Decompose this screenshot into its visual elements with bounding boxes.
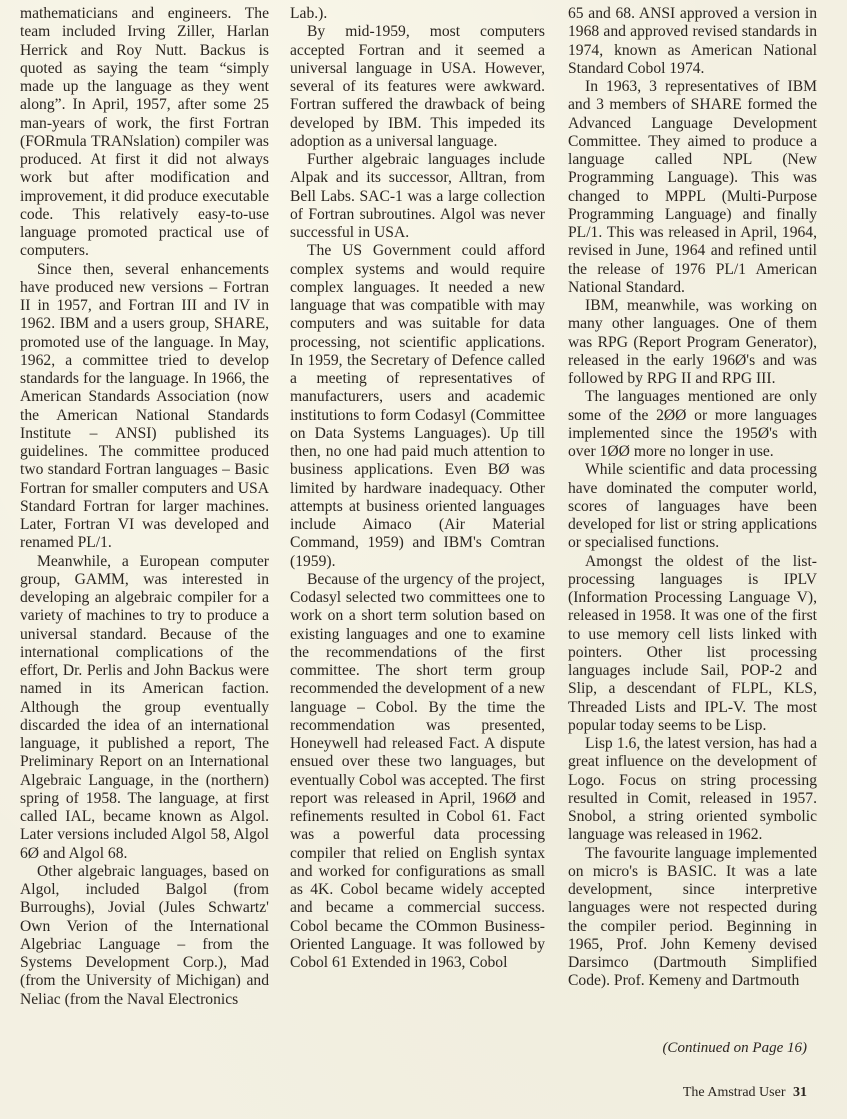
article-column-right: 65 and 68. ANSI approved a version in 19… [568, 5, 817, 991]
paragraph: Lisp 1.6, the latest version, has had a … [568, 735, 817, 845]
paragraph: The languages mentioned are only some of… [568, 388, 817, 461]
paragraph: Amongst the oldest of the list-processin… [568, 553, 817, 736]
paragraph: In 1963, 3 representatives of IBM and 3 … [568, 78, 817, 297]
continued-note: (Continued on Page 16) [662, 1040, 807, 1057]
paragraph: Further algebraic languages include Alpa… [290, 151, 545, 242]
paragraph: mathematicians and engineers. The team i… [20, 5, 269, 261]
paragraph: Lab.). [290, 5, 545, 23]
paragraph: Since then, several enhancements have pr… [20, 261, 269, 553]
paragraph: While scientific and data processing hav… [568, 461, 817, 552]
page-footer: The Amstrad User 31 [683, 1085, 807, 1101]
article-column-middle: Lab.). By mid-1959, most computers accep… [290, 5, 545, 972]
article-column-left: mathematicians and engineers. The team i… [20, 5, 269, 1009]
paragraph: The US Government could afford complex s… [290, 242, 545, 571]
paragraph: Because of the urgency of the project, C… [290, 571, 545, 973]
paragraph: Other algebraic languages, based on Algo… [20, 863, 269, 1009]
paragraph: Meanwhile, a European computer group, GA… [20, 553, 269, 863]
publication-name: The Amstrad User [683, 1085, 786, 1100]
paragraph: IBM, meanwhile, was working on many othe… [568, 297, 817, 388]
magazine-page: mathematicians and engineers. The team i… [0, 0, 847, 1119]
paragraph: 65 and 68. ANSI approved a version in 19… [568, 5, 817, 78]
paragraph: The favourite language implemented on mi… [568, 845, 817, 991]
page-number: 31 [793, 1085, 807, 1100]
paragraph: By mid-1959, most computers accepted For… [290, 23, 545, 151]
